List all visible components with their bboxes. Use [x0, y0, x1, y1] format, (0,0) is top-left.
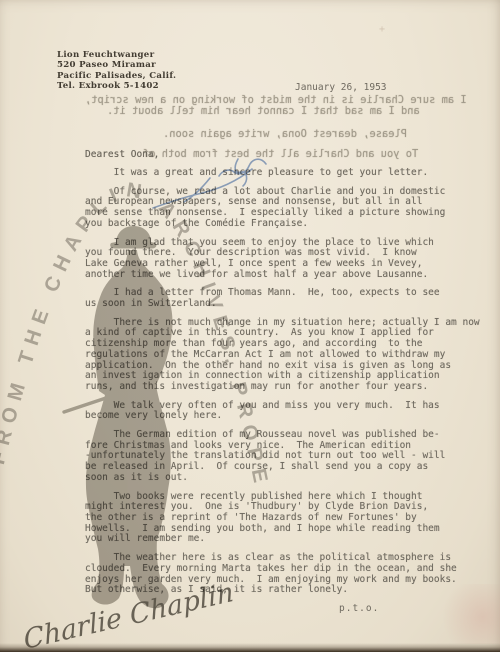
letter-scan-page: Lion Feuchtwanger 520 Paseo Miramar Paci…: [0, 0, 500, 652]
bleedthrough-line: and I am sad that I cannot hear him tell…: [107, 105, 420, 117]
paragraph: We talk very often of you and miss you v…: [85, 401, 497, 422]
letter-body: It was a great and sincere pleasure to g…: [85, 168, 497, 604]
paragraph: I am glad that you seem to enjoy the pla…: [85, 238, 497, 281]
salutation: Dearest Oona,: [85, 149, 159, 160]
paragraph: The German edition of my Rousseau novel …: [85, 430, 497, 484]
please-turn-over: p.t.o.: [339, 603, 379, 614]
letterhead-city: Pacific Palisades, Calif.: [57, 71, 176, 81]
letterhead: Lion Feuchtwanger 520 Paseo Miramar Paci…: [57, 50, 176, 92]
letterhead-phone: Tel. Exbrook 5-1402: [57, 81, 176, 91]
paragraph: It was a great and sincere pleasure to g…: [85, 168, 497, 179]
paragraph: I had a letter from Thomas Mann. He, too…: [85, 288, 497, 309]
bleedthrough-line: Please, dearest Oona, write again soon.: [163, 128, 407, 140]
scan-smudge: [430, 584, 500, 644]
letterhead-name: Lion Feuchtwanger: [57, 50, 176, 60]
letter-date: January 26, 1953: [295, 82, 387, 93]
paragraph: There is not much change in my situation…: [85, 318, 497, 393]
bleedthrough-line: To you and Charlie all the best from bot…: [143, 148, 418, 160]
letterhead-street: 520 Paseo Miramar: [57, 60, 176, 70]
paragraph: Two books were recently published here w…: [85, 492, 497, 546]
paragraph: Of course, we read a lot about Charlie a…: [85, 187, 497, 230]
scan-bottom-edge: [0, 643, 500, 652]
scan-mark: +: [379, 24, 385, 35]
